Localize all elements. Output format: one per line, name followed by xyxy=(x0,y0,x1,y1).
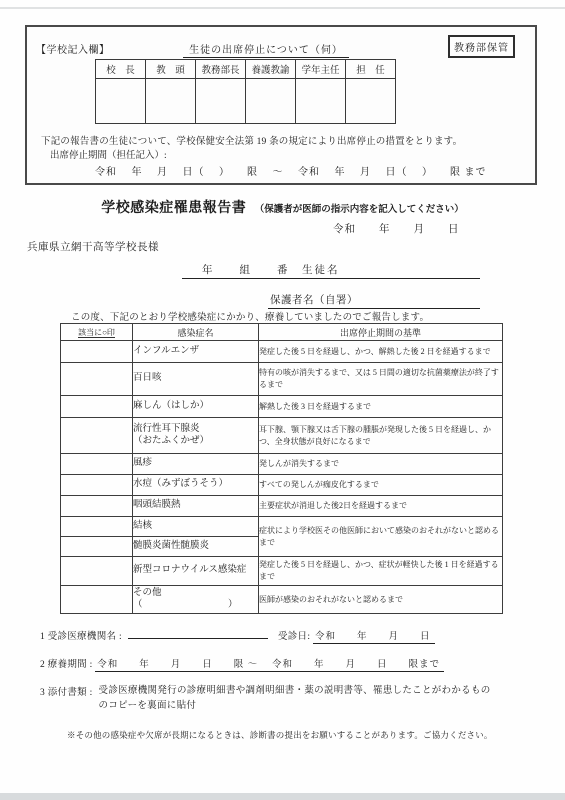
disease-row: インフルエンザ発症した後 5 日を経過し、かつ、解熱した後 2 日を経過するまで xyxy=(61,341,503,363)
criteria-cell: 症状により学校医その他医師において感染のおそれがないと認めるまで xyxy=(259,517,503,557)
disease-name-cell: 新型コロナウイルス感染症 xyxy=(133,557,259,586)
disease-name-cell: その他 （ ） xyxy=(133,586,259,614)
disease-row: 麻しん（はしか）解熱した後 3 日を経過するまで xyxy=(61,396,503,418)
school-entry-section: 生徒の出席停止について（伺） 【学校記入欄】 教務部保管 校 長教 頭教務部長養… xyxy=(25,25,537,185)
medical-institution-row: 1 受診医療機関名 :受診日: 令和 年 月 日 xyxy=(40,627,435,642)
addressee: 兵庫県立網干高等学校長様 xyxy=(27,239,159,254)
page-bottom-edge xyxy=(0,793,565,800)
disease-row: 結核症状により学校医その他医師において感染のおそれがないと認めるまで xyxy=(61,517,503,537)
criteria-cell: 発しんが消失するまで xyxy=(259,454,503,475)
disease-name-cell: 結核 xyxy=(133,517,259,537)
guardian-signature-field: 保護者名（自署） xyxy=(268,291,480,309)
disease-name-cell: 百日咳 xyxy=(133,363,259,396)
report-date-blanks: 令和 年 月 日 xyxy=(333,221,460,236)
approval-header-row: 校 長教 頭教務部長養護教諭学年主任担 任 xyxy=(96,60,396,79)
approval-stamp-cell xyxy=(296,79,346,124)
column-header-disease-name: 感染症名 xyxy=(133,324,259,341)
approval-stamp-cell xyxy=(346,79,396,124)
guardian-signature-label: 保護者名（自署） xyxy=(270,292,358,307)
disease-name-cell: 髄膜炎菌性髄膜炎 xyxy=(133,537,259,557)
criteria-cell: 発症した後 5 日を経過し、かつ、解熱した後 2 日を経過するまで xyxy=(259,341,503,363)
disease-row: 水痘（みずぼうそう）すべての発しんが痂皮化するまで xyxy=(61,475,503,496)
criteria-cell: すべての発しんが痂皮化するまで xyxy=(259,475,503,496)
recuperation-period-row: 2 療養期間 : 令和 年 月 日 限 ～ 令和 年 月 日 限まで xyxy=(40,656,444,670)
visit-date-blanks: 令和 年 月 日 xyxy=(313,632,435,644)
circle-mark-cell xyxy=(61,537,133,557)
column-header-criteria: 出席停止期間の基準 xyxy=(259,324,503,341)
approval-stamp-table: 校 長教 頭教務部長養護教諭学年主任担 任 xyxy=(95,59,396,124)
attachments-row: 3 添付書類 : 受診医療機関発行の診療明細書や調剤明細書・薬の説明書等、罹患し… xyxy=(40,684,491,713)
circle-mark-cell xyxy=(61,496,133,517)
student-name-labels: 年 組 番 生徒名 xyxy=(202,262,340,277)
disease-table-header-row: 該当に○印 感染症名 出席停止期間の基準 xyxy=(61,324,503,341)
recuperation-period-blanks: 令和 年 月 日 限 ～ 令和 年 月 日 限まで xyxy=(95,660,444,672)
suspension-statement: 下記の報告書の生徒について、学校保健安全法第 19 条の規定により出席停止の措置… xyxy=(41,133,462,147)
page-top-edge xyxy=(0,7,565,9)
approval-stamp-cell xyxy=(96,79,146,124)
disease-row: 流行性耳下腺炎 （おたふくかぜ）耳下腺、顎下腺又は舌下腺の腫脹が発現した後 5 … xyxy=(61,418,503,454)
disease-name-cell: 流行性耳下腺炎 （おたふくかぜ） xyxy=(133,418,259,454)
circle-mark-cell xyxy=(61,586,133,614)
approval-column-header: 学年主任 xyxy=(296,60,346,79)
disease-name-cell: 麻しん（はしか） xyxy=(133,396,259,418)
approval-column-header: 養護教諭 xyxy=(246,60,296,79)
criteria-cell: 特有の咳が消失するまで、又は 5 日間の適切な抗菌薬療法が終了するまで xyxy=(259,363,503,396)
criteria-cell: 主要症状が消退した後2日を経過するまで xyxy=(259,496,503,517)
disease-name-cell: インフルエンザ xyxy=(133,341,259,363)
disease-row: 咽頭結膜熱主要症状が消退した後2日を経過するまで xyxy=(61,496,503,517)
circle-mark-cell xyxy=(61,517,133,537)
approval-column-header: 校 長 xyxy=(96,60,146,79)
approval-column-header: 教 頭 xyxy=(146,60,196,79)
disease-name-cell: 風疹 xyxy=(133,454,259,475)
disease-name-cell: 水痘（みずぼうそう） xyxy=(133,475,259,496)
visit-date-label: 受診日: xyxy=(278,632,310,642)
attachments-text: 受診医療機関発行の診療明細書や調剤明細書・薬の説明書等、罹患したことがわかるもの… xyxy=(99,684,491,713)
disease-name-cell: 咽頭結膜熱 xyxy=(133,496,259,517)
approval-column-header: 担 任 xyxy=(346,60,396,79)
attachments-label: 3 添付書類 : xyxy=(40,684,93,713)
medical-institution-label: 1 受診医療機関名 : xyxy=(40,632,122,642)
circle-mark-cell xyxy=(61,341,133,363)
approval-stamp-cell xyxy=(146,79,196,124)
report-intro-text: この度、下記のとおり学校感染症にかかり、療養していましたのでご報告します。 xyxy=(71,309,429,323)
suspension-period-blanks: 令和 年 月 日（ ） 限 ～ 令和 年 月 日（ ） 限 まで xyxy=(95,163,487,178)
circle-mark-cell xyxy=(61,454,133,475)
criteria-cell: 解熱した後 3 日を経過するまで xyxy=(259,396,503,418)
circle-mark-cell xyxy=(61,363,133,396)
infection-report-form-page: 生徒の出席停止について（伺） 【学校記入欄】 教務部保管 校 長教 頭教務部長養… xyxy=(0,0,565,800)
approval-stamp-row xyxy=(96,79,396,124)
approval-column-header: 教務部長 xyxy=(196,60,246,79)
circle-mark-cell xyxy=(61,557,133,586)
criteria-cell: 耳下腺、顎下腺又は舌下腺の腫脹が発現した後 5 日を経過し、かつ、全身状態が良好… xyxy=(259,418,503,454)
criteria-cell: 医師が感染のおそれがないと認めるまで xyxy=(259,586,503,614)
column-header-circle-mark: 該当に○印 xyxy=(61,324,133,341)
approval-stamp-cell xyxy=(246,79,296,124)
disease-row: 新型コロナウイルス感染症発症した後 5 日を経過し、かつ、症状が軽快した後 1 … xyxy=(61,557,503,586)
disease-row: 風疹発しんが消失するまで xyxy=(61,454,503,475)
student-name-field: 年 組 番 生徒名 xyxy=(182,261,480,279)
medical-institution-blank xyxy=(128,627,268,639)
report-title-row: 学校感染症罹患報告書 （保護者が医師の指示内容を記入してください） xyxy=(0,197,565,217)
report-title-note: （保護者が医師の指示内容を記入してください） xyxy=(255,204,464,215)
footnote: ※その他の感染症や欠席が長期になるときは、診断書の提出をお願いすることがあります… xyxy=(67,729,493,741)
disease-row: その他 （ ）医師が感染のおそれがないと認めるまで xyxy=(61,586,503,614)
school-section-label: 【学校記入欄】 xyxy=(36,41,110,56)
keep-stamp-box: 教務部保管 xyxy=(448,35,515,58)
circle-mark-cell xyxy=(61,475,133,496)
report-title: 学校感染症罹患報告書 xyxy=(101,199,246,215)
circle-mark-cell xyxy=(61,396,133,418)
approval-stamp-cell xyxy=(196,79,246,124)
criteria-cell: 発症した後 5 日を経過し、かつ、症状が軽快した後 1 日を経過するまで xyxy=(259,557,503,586)
circle-mark-cell xyxy=(61,418,133,454)
disease-row: 百日咳特有の咳が消失するまで、又は 5 日間の適切な抗菌薬療法が終了するまで xyxy=(61,363,503,396)
disease-table: 該当に○印 感染症名 出席停止期間の基準 インフルエンザ発症した後 5 日を経過… xyxy=(60,323,503,614)
recuperation-period-label: 2 療養期間 : xyxy=(40,660,93,670)
suspension-period-label: 出席停止期間（担任記入）: xyxy=(50,147,167,161)
